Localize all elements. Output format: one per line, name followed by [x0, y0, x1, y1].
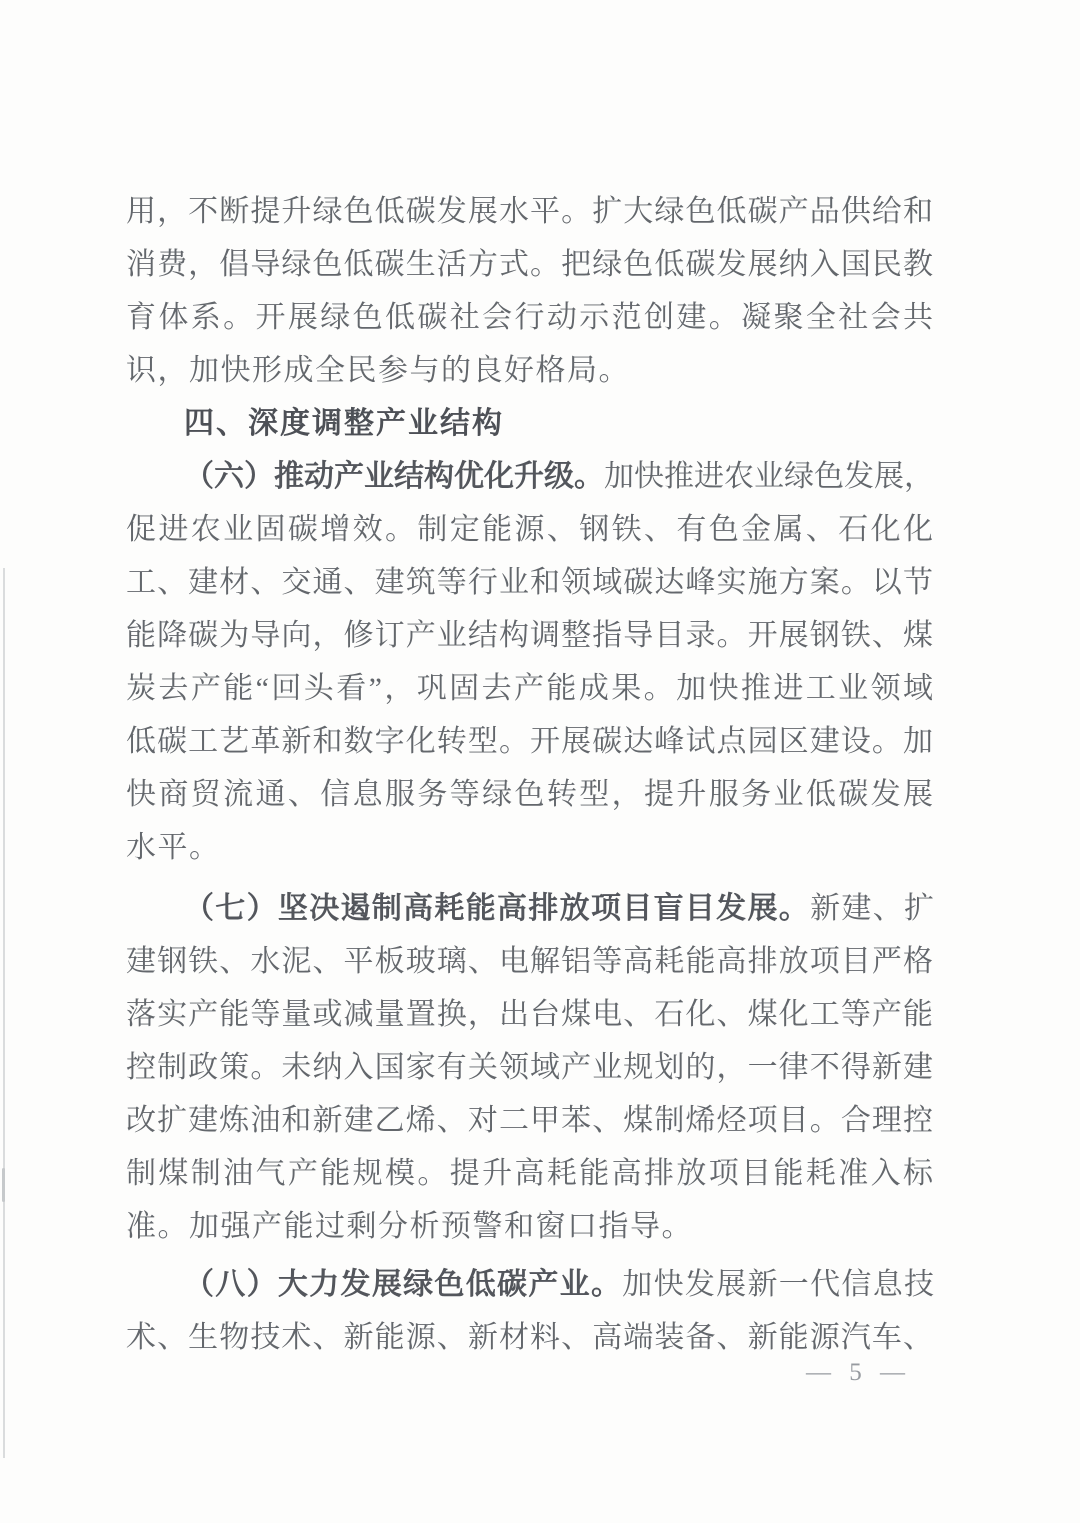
- page-edge-line: [3, 568, 5, 1458]
- doc-line-9: 能降碳为导向，修订产业结构调整指导目录。开展钢铁、煤: [126, 609, 934, 662]
- doc-line-19: 制煤制油气产能规模。提升高耗能高排放项目能耗准入标: [126, 1147, 934, 1200]
- doc-line-12: 快商贸流通、信息服务等绿色转型，提升服务业低碳发展: [126, 768, 934, 821]
- paragraph-6-lead: （六）推动产业结构优化升级。: [184, 460, 604, 493]
- page-number: — 5 —: [806, 1358, 911, 1388]
- doc-line-15: 建钢铁、水泥、平板玻璃、电解铝等高耗能高排放项目严格: [126, 935, 934, 988]
- doc-line-8: 工、建材、交通、建筑等行业和领域碳达峰实施方案。以节: [126, 556, 934, 609]
- paragraph-6-text: 加快推进农业绿色发展，: [604, 460, 934, 493]
- doc-line-3: 育体系。开展绿色低碳社会行动示范创建。凝聚全社会共: [126, 291, 934, 344]
- doc-line-22: 术、生物技术、新能源、新材料、高端装备、新能源汽车、: [126, 1311, 934, 1364]
- paragraph-8-lead: （八）大力发展绿色低碳产业。: [184, 1268, 622, 1301]
- doc-line-14: （七）坚决遏制高耗能高排放项目盲目发展。新建、扩: [126, 882, 934, 935]
- doc-line-7: 促进农业固碳增效。制定能源、钢铁、有色金属、石化化: [126, 503, 934, 556]
- doc-line-13: 水平。: [126, 821, 934, 874]
- doc-line-6: （六）推动产业结构优化升级。加快推进农业绿色发展，: [126, 450, 934, 503]
- document-text-block: 用，不断提升绿色低碳发展水平。扩大绿色低碳产品供给和 消费，倡导绿色低碳生活方式…: [126, 185, 934, 1364]
- section-heading: 四、深度调整产业结构: [126, 397, 934, 450]
- paragraph-8-text: 加快发展新一代信息技: [622, 1268, 934, 1301]
- doc-line-20: 准。加强产能过剩分析预警和窗口指导。: [126, 1200, 934, 1253]
- document-page: 用，不断提升绿色低碳发展水平。扩大绿色低碳产品供给和 消费，倡导绿色低碳生活方式…: [0, 0, 1080, 1523]
- doc-line-18: 改扩建炼油和新建乙烯、对二甲苯、煤制烯烃项目。合理控: [126, 1094, 934, 1147]
- paragraph-7-text: 新建、扩: [810, 892, 934, 925]
- paragraph-7-lead: （七）坚决遏制高耗能高排放项目盲目发展。: [184, 892, 810, 925]
- doc-line-11: 低碳工艺革新和数字化转型。开展碳达峰试点园区建设。加: [126, 715, 934, 768]
- doc-line-4: 识，加快形成全民参与的良好格局。: [126, 344, 934, 397]
- doc-line-17: 控制政策。未纳入国家有关领域产业规划的，一律不得新建: [126, 1041, 934, 1094]
- page-edge-smudge: [2, 1168, 5, 1202]
- doc-line-21: （八）大力发展绿色低碳产业。加快发展新一代信息技: [126, 1258, 934, 1311]
- doc-line-10: 炭去产能“回头看”，巩固去产能成果。加快推进工业领域: [126, 662, 934, 715]
- doc-line-16: 落实产能等量或减量置换，出台煤电、石化、煤化工等产能: [126, 988, 934, 1041]
- doc-line-1: 用，不断提升绿色低碳发展水平。扩大绿色低碳产品供给和: [126, 185, 934, 238]
- doc-line-2: 消费，倡导绿色低碳生活方式。把绿色低碳发展纳入国民教: [126, 238, 934, 291]
